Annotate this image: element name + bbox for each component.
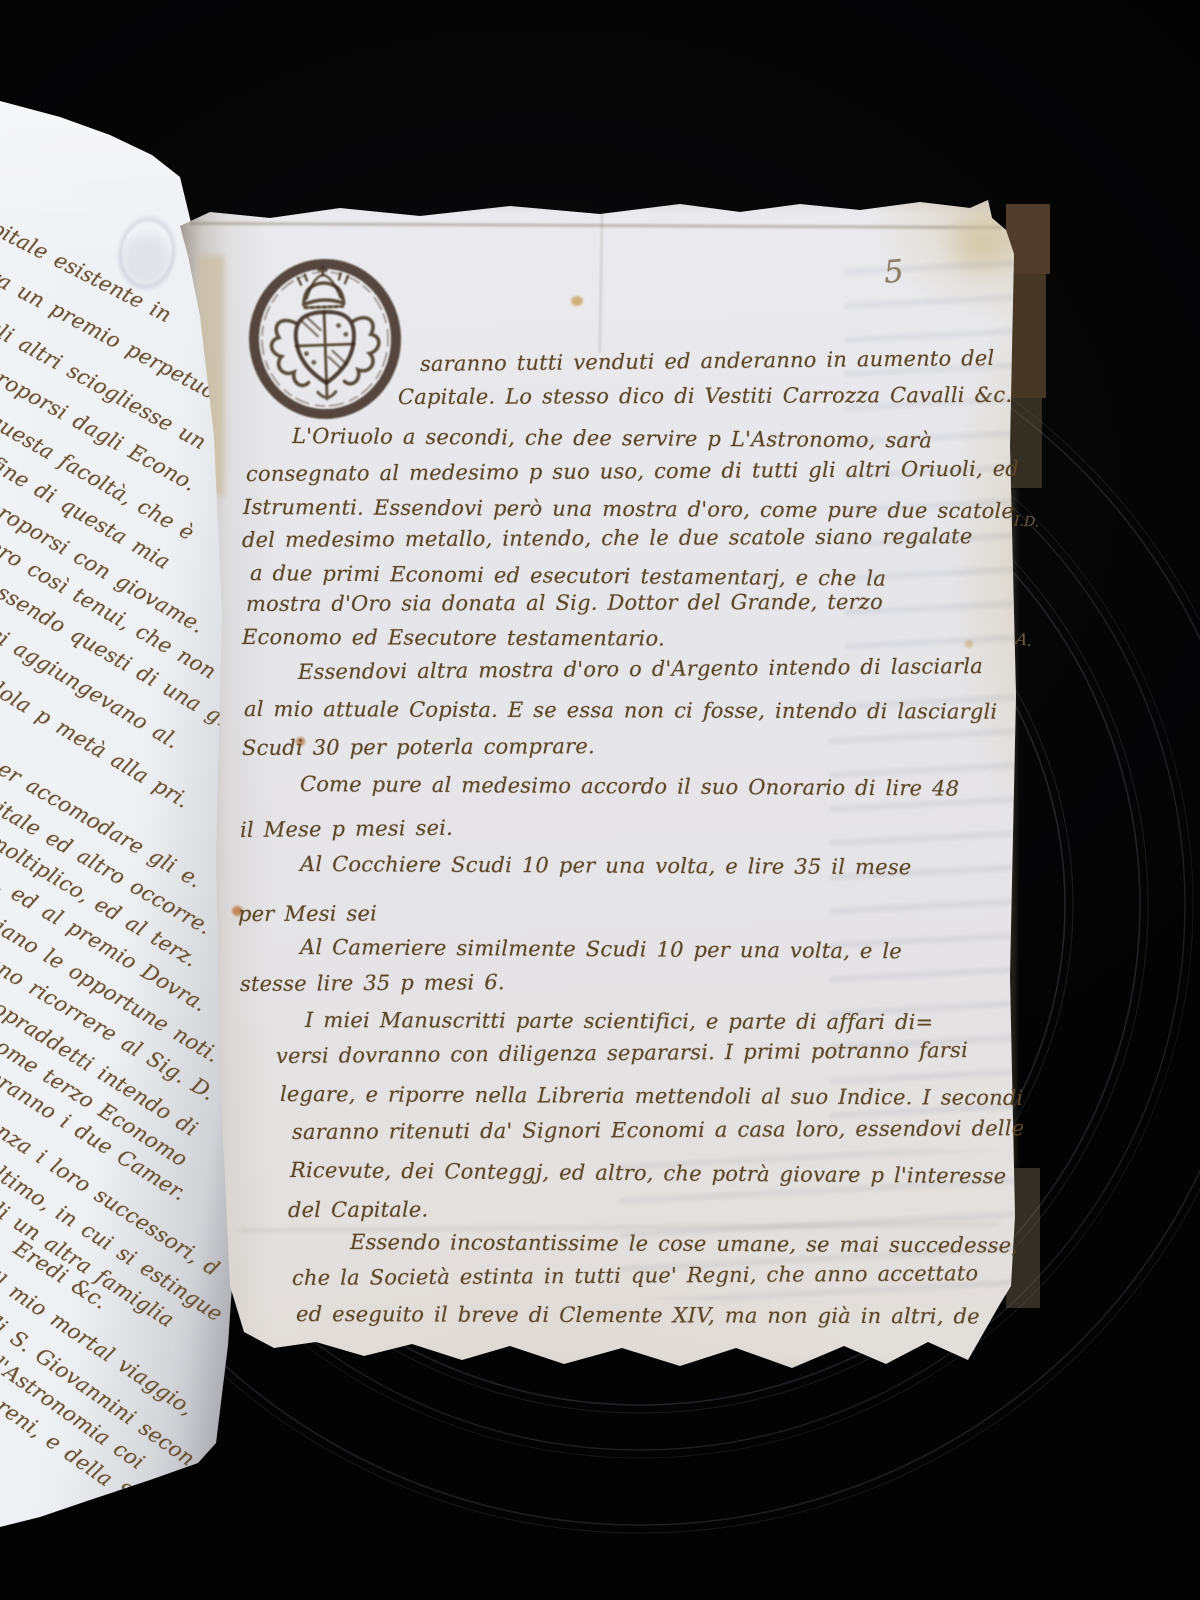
- manuscript-line: che la Società estinta in tutti que' Reg…: [292, 1261, 978, 1290]
- manuscript-line: del Capitale.: [288, 1198, 428, 1222]
- manuscript-line: per Mesi sei: [238, 902, 377, 926]
- manuscript-line: Essendo incostantissime le cose umane, s…: [350, 1230, 1018, 1257]
- manuscript-line: I miei Manuscritti parte scientifici, e …: [305, 1008, 933, 1034]
- manuscript-line: il Mese p mesi sei.: [240, 816, 453, 842]
- manuscript-line: L'Oriuolo a secondi, che dee servire p L…: [292, 424, 932, 452]
- manuscript-line: al mio attuale Copista. E se essa non ci…: [244, 697, 997, 724]
- manuscript-line: Al Cameriere similmente Scudi 10 per una…: [300, 935, 902, 963]
- manuscript-line: Istrumenti. Essendovi però una mostra d'…: [243, 495, 1014, 523]
- manuscript-line: Capitale. Lo stesso dico di Vestiti Carr…: [398, 383, 1012, 409]
- manuscript-line: del medesimo metallo, intendo, che le du…: [242, 524, 973, 552]
- library-stamp-seal: [237, 247, 413, 431]
- fold-crease: [190, 222, 1002, 229]
- manuscript-line: ed eseguito il breve di Clemente XIV, ma…: [296, 1302, 980, 1328]
- manuscript-line: Al Cocchiere Scudi 10 per una volta, e l…: [300, 852, 912, 879]
- foxing-spot: [571, 296, 583, 306]
- manuscript-line: Economo ed Esecutore testamentario.: [242, 625, 665, 650]
- manuscript-line: mostra d'Oro sia donata al Sig. Dottor d…: [246, 590, 883, 616]
- manuscript-photo: pitale esistente in ra un premio perpetu…: [0, 0, 1200, 1600]
- manuscript-line: Come pure al medesimo accordo il suo Ono…: [300, 772, 959, 801]
- manuscript-line: stesse lire 35 p mesi 6.: [240, 970, 505, 996]
- fold-crease: [599, 202, 604, 352]
- foxing-spot: [965, 640, 973, 648]
- manuscript-line: Scudi 30 per poterla comprare.: [242, 734, 595, 760]
- crowned-coat-of-arms-icon: [237, 247, 413, 431]
- manuscript-line: saranno ritenuti da' Signori Economi a c…: [292, 1116, 1024, 1144]
- margin-mark-upper: I.D.: [1014, 513, 1040, 530]
- manuscript-line: legare, e riporre nella Libreria mettend…: [280, 1082, 1024, 1110]
- page-number: 5: [882, 253, 905, 291]
- margin-mark-lower: A.: [1014, 629, 1034, 651]
